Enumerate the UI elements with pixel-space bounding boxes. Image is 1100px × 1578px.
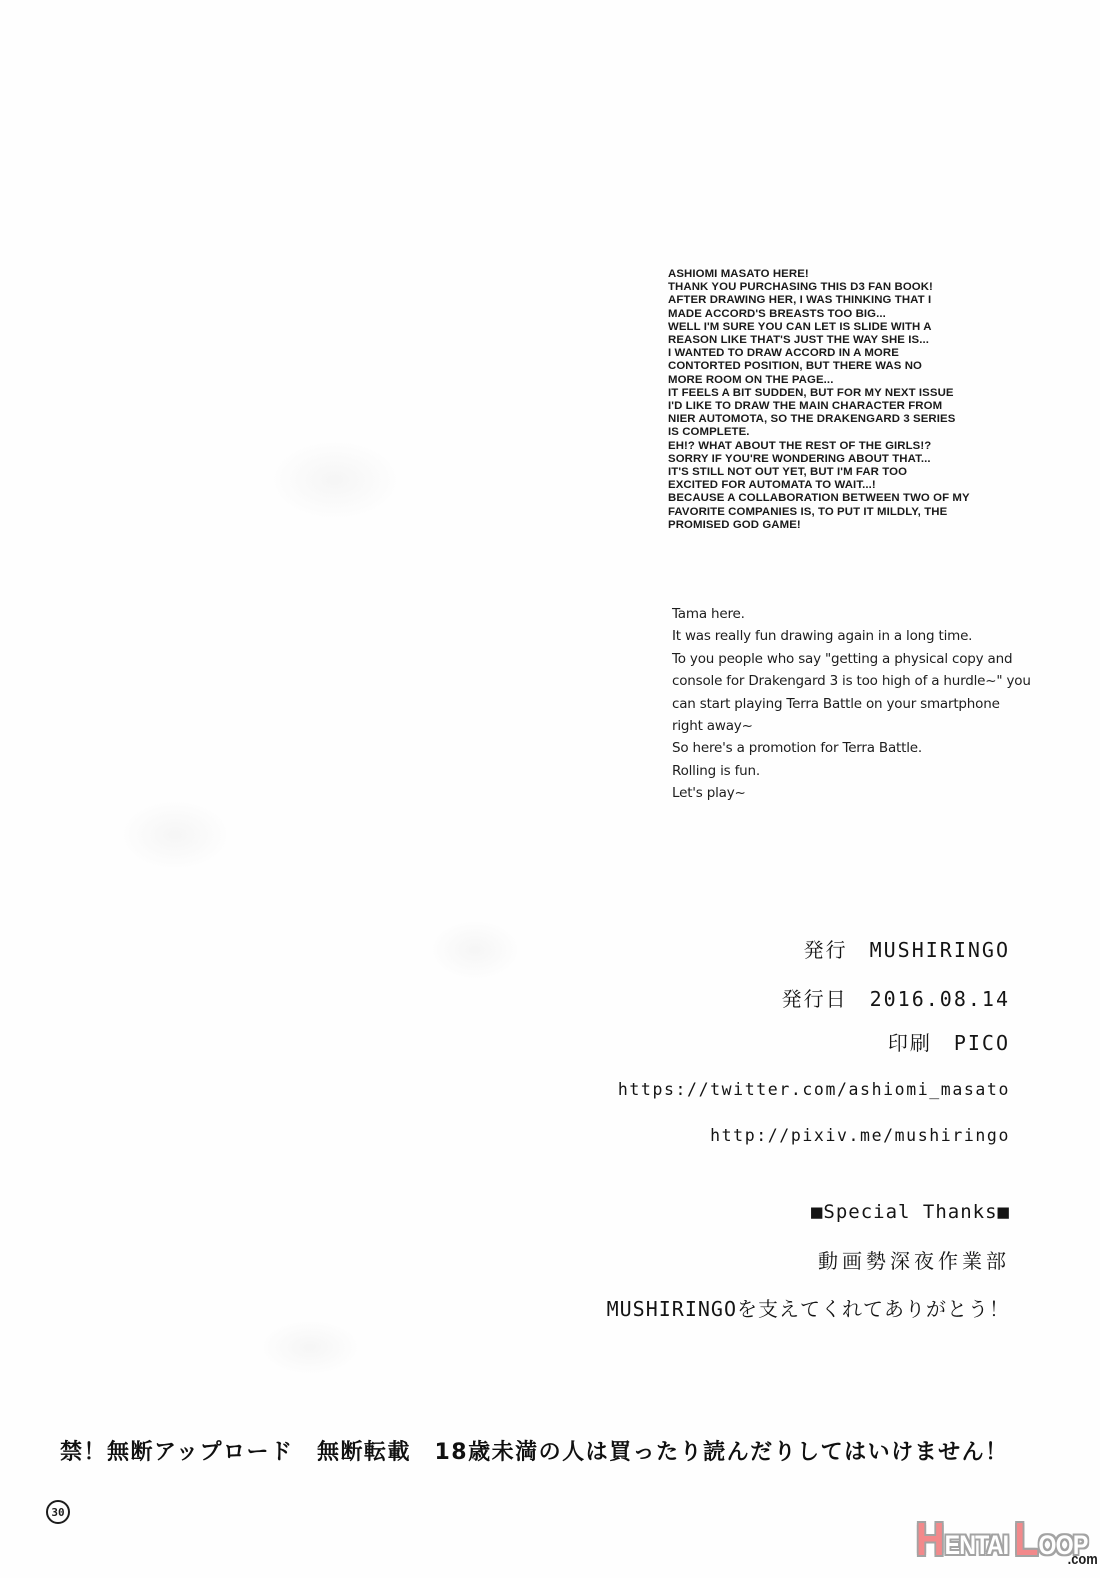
watermark-wordmark: HENTAILOOP xyxy=(916,1519,1087,1559)
afterword-line: ASHIOMI MASATO HERE! xyxy=(668,268,970,281)
afterword-line: WELL I'M SURE YOU CAN LET IS SLIDE WITH … xyxy=(668,321,970,334)
afterword-line: MADE ACCORD'S BREASTS TOO BIG... xyxy=(668,308,970,321)
tama-handwritten-note: Tama here. It was really fun drawing aga… xyxy=(672,603,1031,805)
scanned-page: ASHIOMI MASATO HERE! THANK YOU PURCHASIN… xyxy=(0,0,1100,1578)
site-watermark: HENTAILOOP .com xyxy=(916,1519,1087,1559)
afterword-line: PROMISED GOD GAME! xyxy=(668,519,970,532)
handwritten-line: To you people who say "getting a physica… xyxy=(672,648,1031,670)
date-label: 発行日 xyxy=(782,987,848,1011)
handwritten-line: It was really fun drawing again in a lon… xyxy=(672,625,1031,647)
printer-label: 印刷 xyxy=(888,1031,932,1055)
twitter-url-text: https://twitter.com/ashiomi_masato xyxy=(618,1080,1010,1099)
watermark-dotcom: .com xyxy=(1068,1551,1098,1568)
page-number: 30 xyxy=(51,1506,64,1519)
date-value: 2016.08.14 xyxy=(870,987,1010,1011)
colophon-row-printer: 印刷PICO xyxy=(888,1027,1010,1056)
afterword-line: IT'S STILL NOT OUT YET, BUT I'M FAR TOO xyxy=(668,466,970,479)
afterword-line: SORRY IF YOU'RE WONDERING ABOUT THAT... xyxy=(668,453,970,466)
afterword-line: EXCITED FOR AUTOMATA TO WAIT...! xyxy=(668,479,970,492)
colophon-row-date: 発行日2016.08.14 xyxy=(782,983,1010,1012)
watermark-letter-l: L xyxy=(1014,1519,1038,1559)
handwritten-line: So here's a promotion for Terra Battle. xyxy=(672,737,1031,759)
page-number-badge: 30 xyxy=(46,1500,70,1524)
afterword-line: FAVORITE COMPANIES IS, TO PUT IT MILDLY,… xyxy=(668,506,970,519)
afterword-line: IS COMPLETE. xyxy=(668,426,970,439)
special-thanks-message: MUSHIRINGOを支えてくれてありがとう！ xyxy=(607,1293,1010,1322)
afterword-line: CONTORTED POSITION, BUT THERE WAS NO xyxy=(668,360,970,373)
afterword-line: AFTER DRAWING HER, I WAS THINKING THAT I xyxy=(668,294,970,307)
colophon-row-publisher: 発行MUSHIRINGO xyxy=(804,934,1010,963)
handwritten-line: console for Drakengard 3 is too high of … xyxy=(672,670,1031,692)
afterword-line: IT FEELS A BIT SUDDEN, BUT FOR MY NEXT I… xyxy=(668,387,970,400)
artist-afterword-typed: ASHIOMI MASATO HERE! THANK YOU PURCHASIN… xyxy=(668,268,970,532)
special-thanks-title: ■Special Thanks■ xyxy=(811,1201,1010,1223)
scan-noise xyxy=(430,920,520,980)
publisher-value: MUSHIRINGO xyxy=(870,938,1010,962)
scan-noise xyxy=(260,1320,360,1375)
watermark-letter-h: H xyxy=(916,1519,945,1559)
printer-value: PICO xyxy=(954,1031,1010,1055)
afterword-line: THANK YOU PURCHASING THIS D3 FAN BOOK! xyxy=(668,281,970,294)
handwritten-line: Tama here. xyxy=(672,603,1031,625)
afterword-line: REASON LIKE THAT'S JUST THE WAY SHE IS..… xyxy=(668,334,970,347)
watermark-text-entai: ENTAI xyxy=(945,1532,1009,1559)
afterword-line: I'D LIKE TO DRAW THE MAIN CHARACTER FROM xyxy=(668,400,970,413)
scan-noise xyxy=(270,440,400,520)
age-warning-text: 禁！無断アップロード 無断転載 18歳未満の人は買ったり読んだりしてはいけません… xyxy=(60,1435,1009,1466)
pixiv-url-text: http://pixiv.me/mushiringo xyxy=(710,1126,1010,1145)
handwritten-line: Rolling is fun. xyxy=(672,760,1031,782)
afterword-line: I WANTED TO DRAW ACCORD IN A MORE xyxy=(668,347,970,360)
handwritten-line: Let's play~ xyxy=(672,782,1031,804)
afterword-line: MORE ROOM ON THE PAGE... xyxy=(668,374,970,387)
special-thanks-group: 動画勢深夜作業部 xyxy=(818,1245,1010,1274)
publisher-label: 発行 xyxy=(804,938,848,962)
handwritten-line: can start playing Terra Battle on your s… xyxy=(672,693,1031,715)
afterword-line: NIER AUTOMOTA, SO THE DRAKENGARD 3 SERIE… xyxy=(668,413,970,426)
handwritten-line: right away~ xyxy=(672,715,1031,737)
afterword-line: EH!? WHAT ABOUT THE REST OF THE GIRLS!? xyxy=(668,440,970,453)
scan-noise xyxy=(120,800,230,870)
afterword-line: BECAUSE A COLLABORATION BETWEEN TWO OF M… xyxy=(668,492,970,505)
